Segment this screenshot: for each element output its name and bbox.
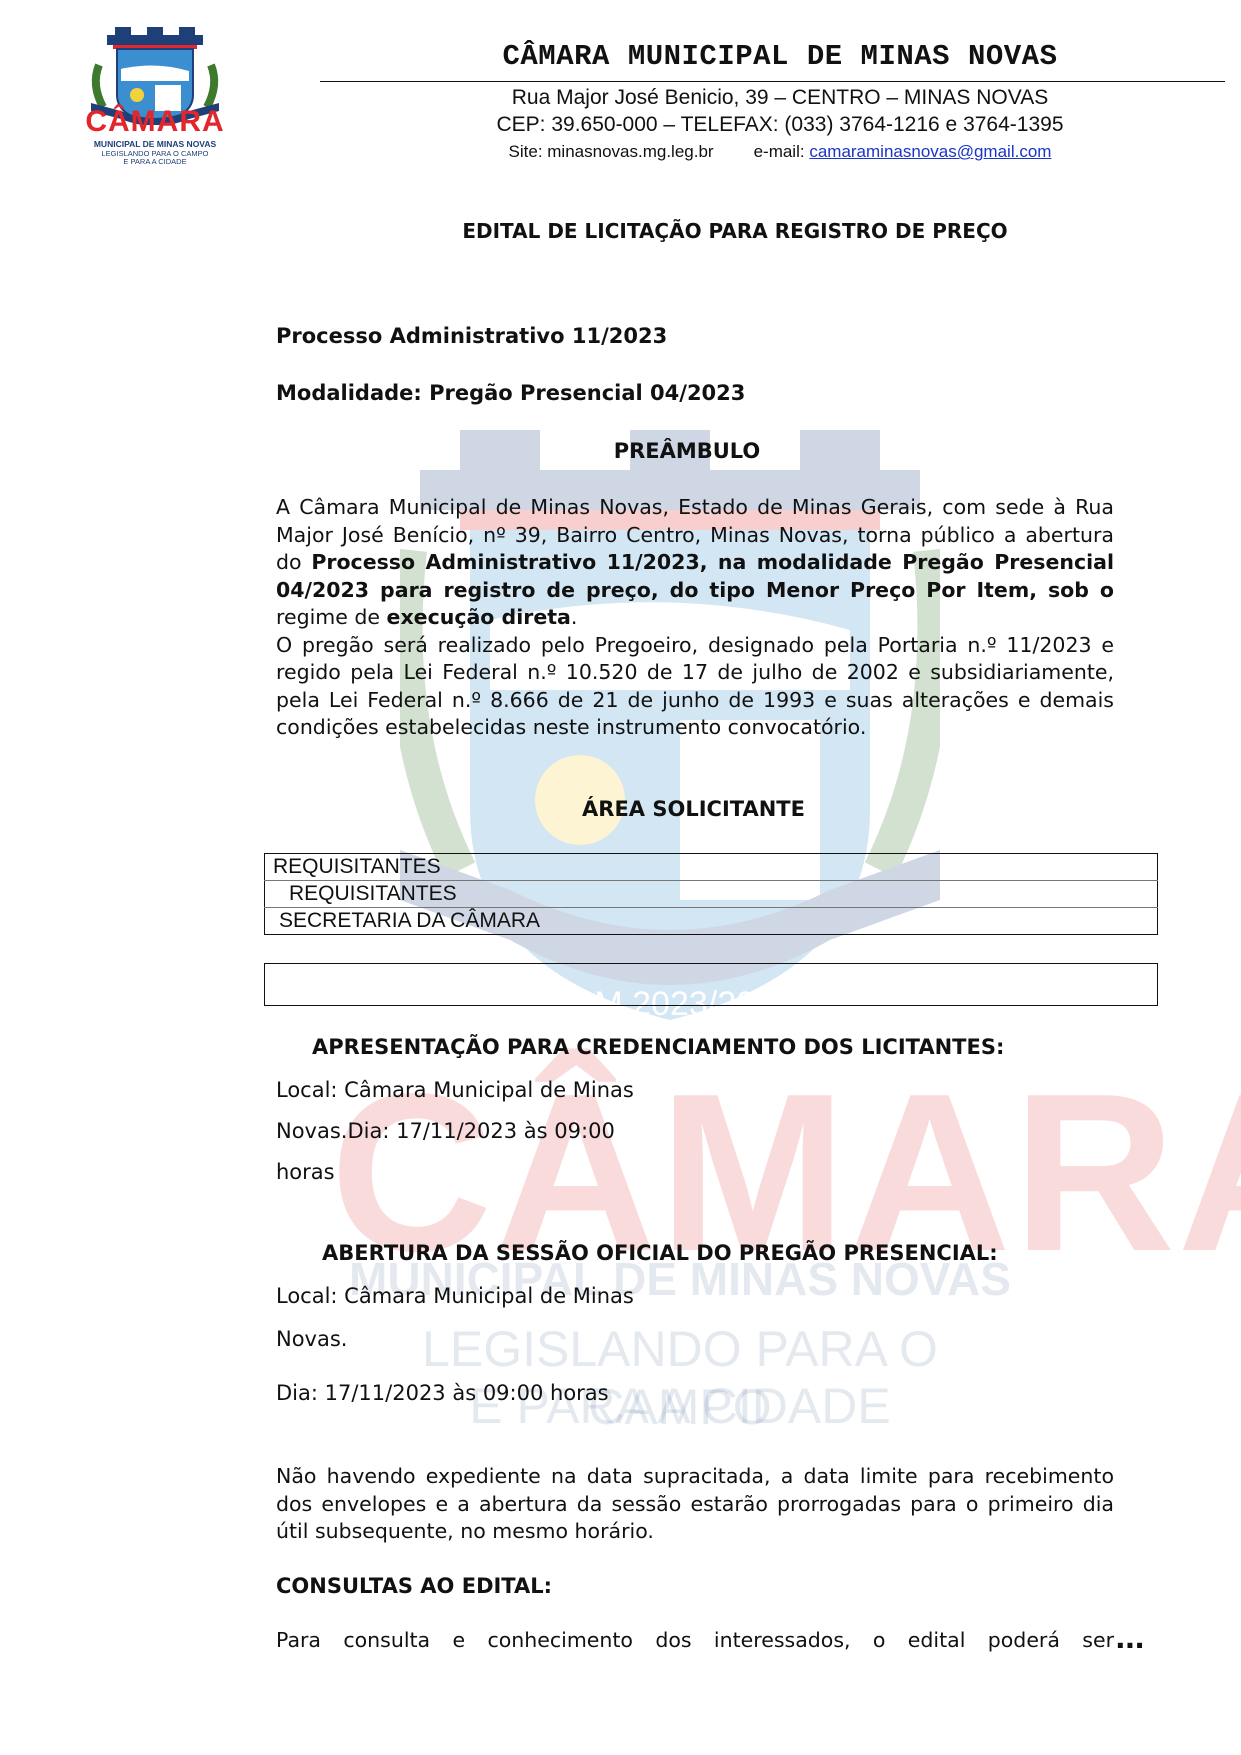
table-cell: SECRETARIA DA CÂMARA bbox=[265, 908, 1158, 935]
email-label: e-mail: bbox=[754, 142, 805, 161]
cep-phone-line: CEP: 39.650-000 – TELEFAX: (033) 3764-12… bbox=[320, 113, 1240, 137]
abertura-date: Dia: 17/11/2023 às 09:00 horas bbox=[276, 1381, 609, 1405]
prorrogacao-paragraph: Não havendo expediente na data supracita… bbox=[276, 1463, 1114, 1546]
table-row: SECRETARIA DA CÂMARA bbox=[265, 908, 1158, 935]
continuation-marker: ... bbox=[1115, 1622, 1144, 1655]
consultas-heading: CONSULTAS AO EDITAL: bbox=[276, 1574, 552, 1598]
watermark-slogan-line1: LEGISLANDO PARA O CAMPO bbox=[330, 1320, 1030, 1436]
modalidade-line: Modalidade: Pregão Presencial 04/2023 bbox=[276, 381, 745, 405]
preambulo-paragraph: A Câmara Municipal de Minas Novas, Estad… bbox=[276, 494, 1114, 742]
header-divider bbox=[320, 81, 1225, 82]
credenciamento-local: Local: Câmara Municipal de Minas bbox=[276, 1078, 634, 1102]
abertura-heading: ABERTURA DA SESSÃO OFICIAL DO PREGÃO PRE… bbox=[276, 1241, 1222, 1265]
processo-line: Processo Administrativo 11/2023 bbox=[276, 324, 667, 348]
contact-line: Site: minasnovas.mg.leg.bre-mail: camara… bbox=[320, 142, 1240, 162]
email-link[interactable]: camaraminasnovas@gmail.com bbox=[809, 142, 1051, 161]
table-row: REQUISITANTES bbox=[265, 854, 1158, 881]
camara-logo: CÂMARA MUNICIPAL DE MINAS NOVAS LEGISLAN… bbox=[55, 25, 255, 165]
logo-slogan-line2: E PARA A CIDADE bbox=[55, 157, 255, 166]
area-solicitante-table: REQUISITANTES REQUISITANTES SECRETARIA D… bbox=[264, 853, 1158, 935]
consultas-text: Para consulta e conhecimento dos interes… bbox=[276, 1628, 1114, 1652]
document-title: EDITAL DE LICITAÇÃO PARA REGISTRO DE PRE… bbox=[250, 219, 1220, 243]
abertura-local: Local: Câmara Municipal de Minas bbox=[276, 1284, 634, 1308]
site-label: Site: minasnovas.mg.leg.br bbox=[509, 142, 714, 161]
address-line: Rua Major José Benicio, 39 – CENTRO – MI… bbox=[320, 86, 1240, 110]
credenciamento-hours: horas bbox=[276, 1160, 335, 1184]
table-row: REQUISITANTES bbox=[265, 881, 1158, 908]
area-solicitante-heading: ÁREA SOLICITANTE bbox=[276, 797, 1111, 821]
table-cell: REQUISITANTES bbox=[265, 854, 1158, 881]
abertura-local-cont: Novas. bbox=[276, 1327, 347, 1351]
table-cell: REQUISITANTES bbox=[265, 881, 1158, 908]
empty-table-box bbox=[264, 963, 1158, 1006]
logo-title: CÂMARA bbox=[55, 107, 255, 137]
logo-subtitle: MUNICIPAL DE MINAS NOVAS bbox=[55, 139, 255, 149]
pregao-legal-basis: O pregão será realizado pelo Pregoeiro, … bbox=[276, 633, 1114, 740]
preambulo-heading: PREÂMBULO bbox=[276, 439, 1098, 463]
organization-name: CÂMARA MUNICIPAL DE MINAS NOVAS bbox=[320, 40, 1240, 73]
credenciamento-heading: APRESENTAÇÃO PARA CREDENCIAMENTO DOS LIC… bbox=[276, 1035, 1212, 1059]
credenciamento-date: Novas.Dia: 17/11/2023 às 09:00 bbox=[276, 1119, 615, 1143]
